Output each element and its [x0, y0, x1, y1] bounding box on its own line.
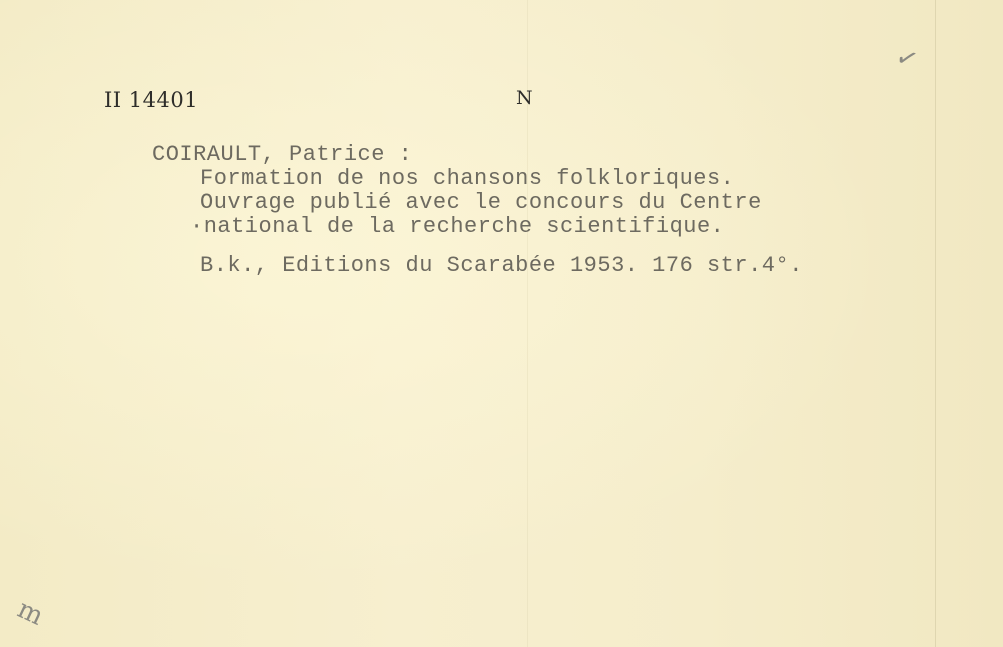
call-number: II 14401	[104, 88, 198, 112]
checkmark-icon: ✓	[892, 41, 923, 77]
catalog-card: II 14401 N COIRAULT, Patrice : Formation…	[0, 0, 1003, 647]
title-line-2: Ouvrage publié avec le concours du Centr…	[200, 190, 762, 215]
title-line-1: Formation de nos chansons folkloriques.	[200, 166, 734, 191]
flag-letter: N	[516, 87, 533, 109]
imprint-line: B.k., Editions du Scarabée 1953. 176 str…	[200, 253, 803, 278]
card-fold-line	[935, 0, 936, 647]
handwritten-mark: m	[13, 594, 48, 632]
title-line-3: ·national de la recherche scientifique.	[190, 214, 724, 239]
author-heading: COIRAULT, Patrice :	[152, 142, 412, 167]
